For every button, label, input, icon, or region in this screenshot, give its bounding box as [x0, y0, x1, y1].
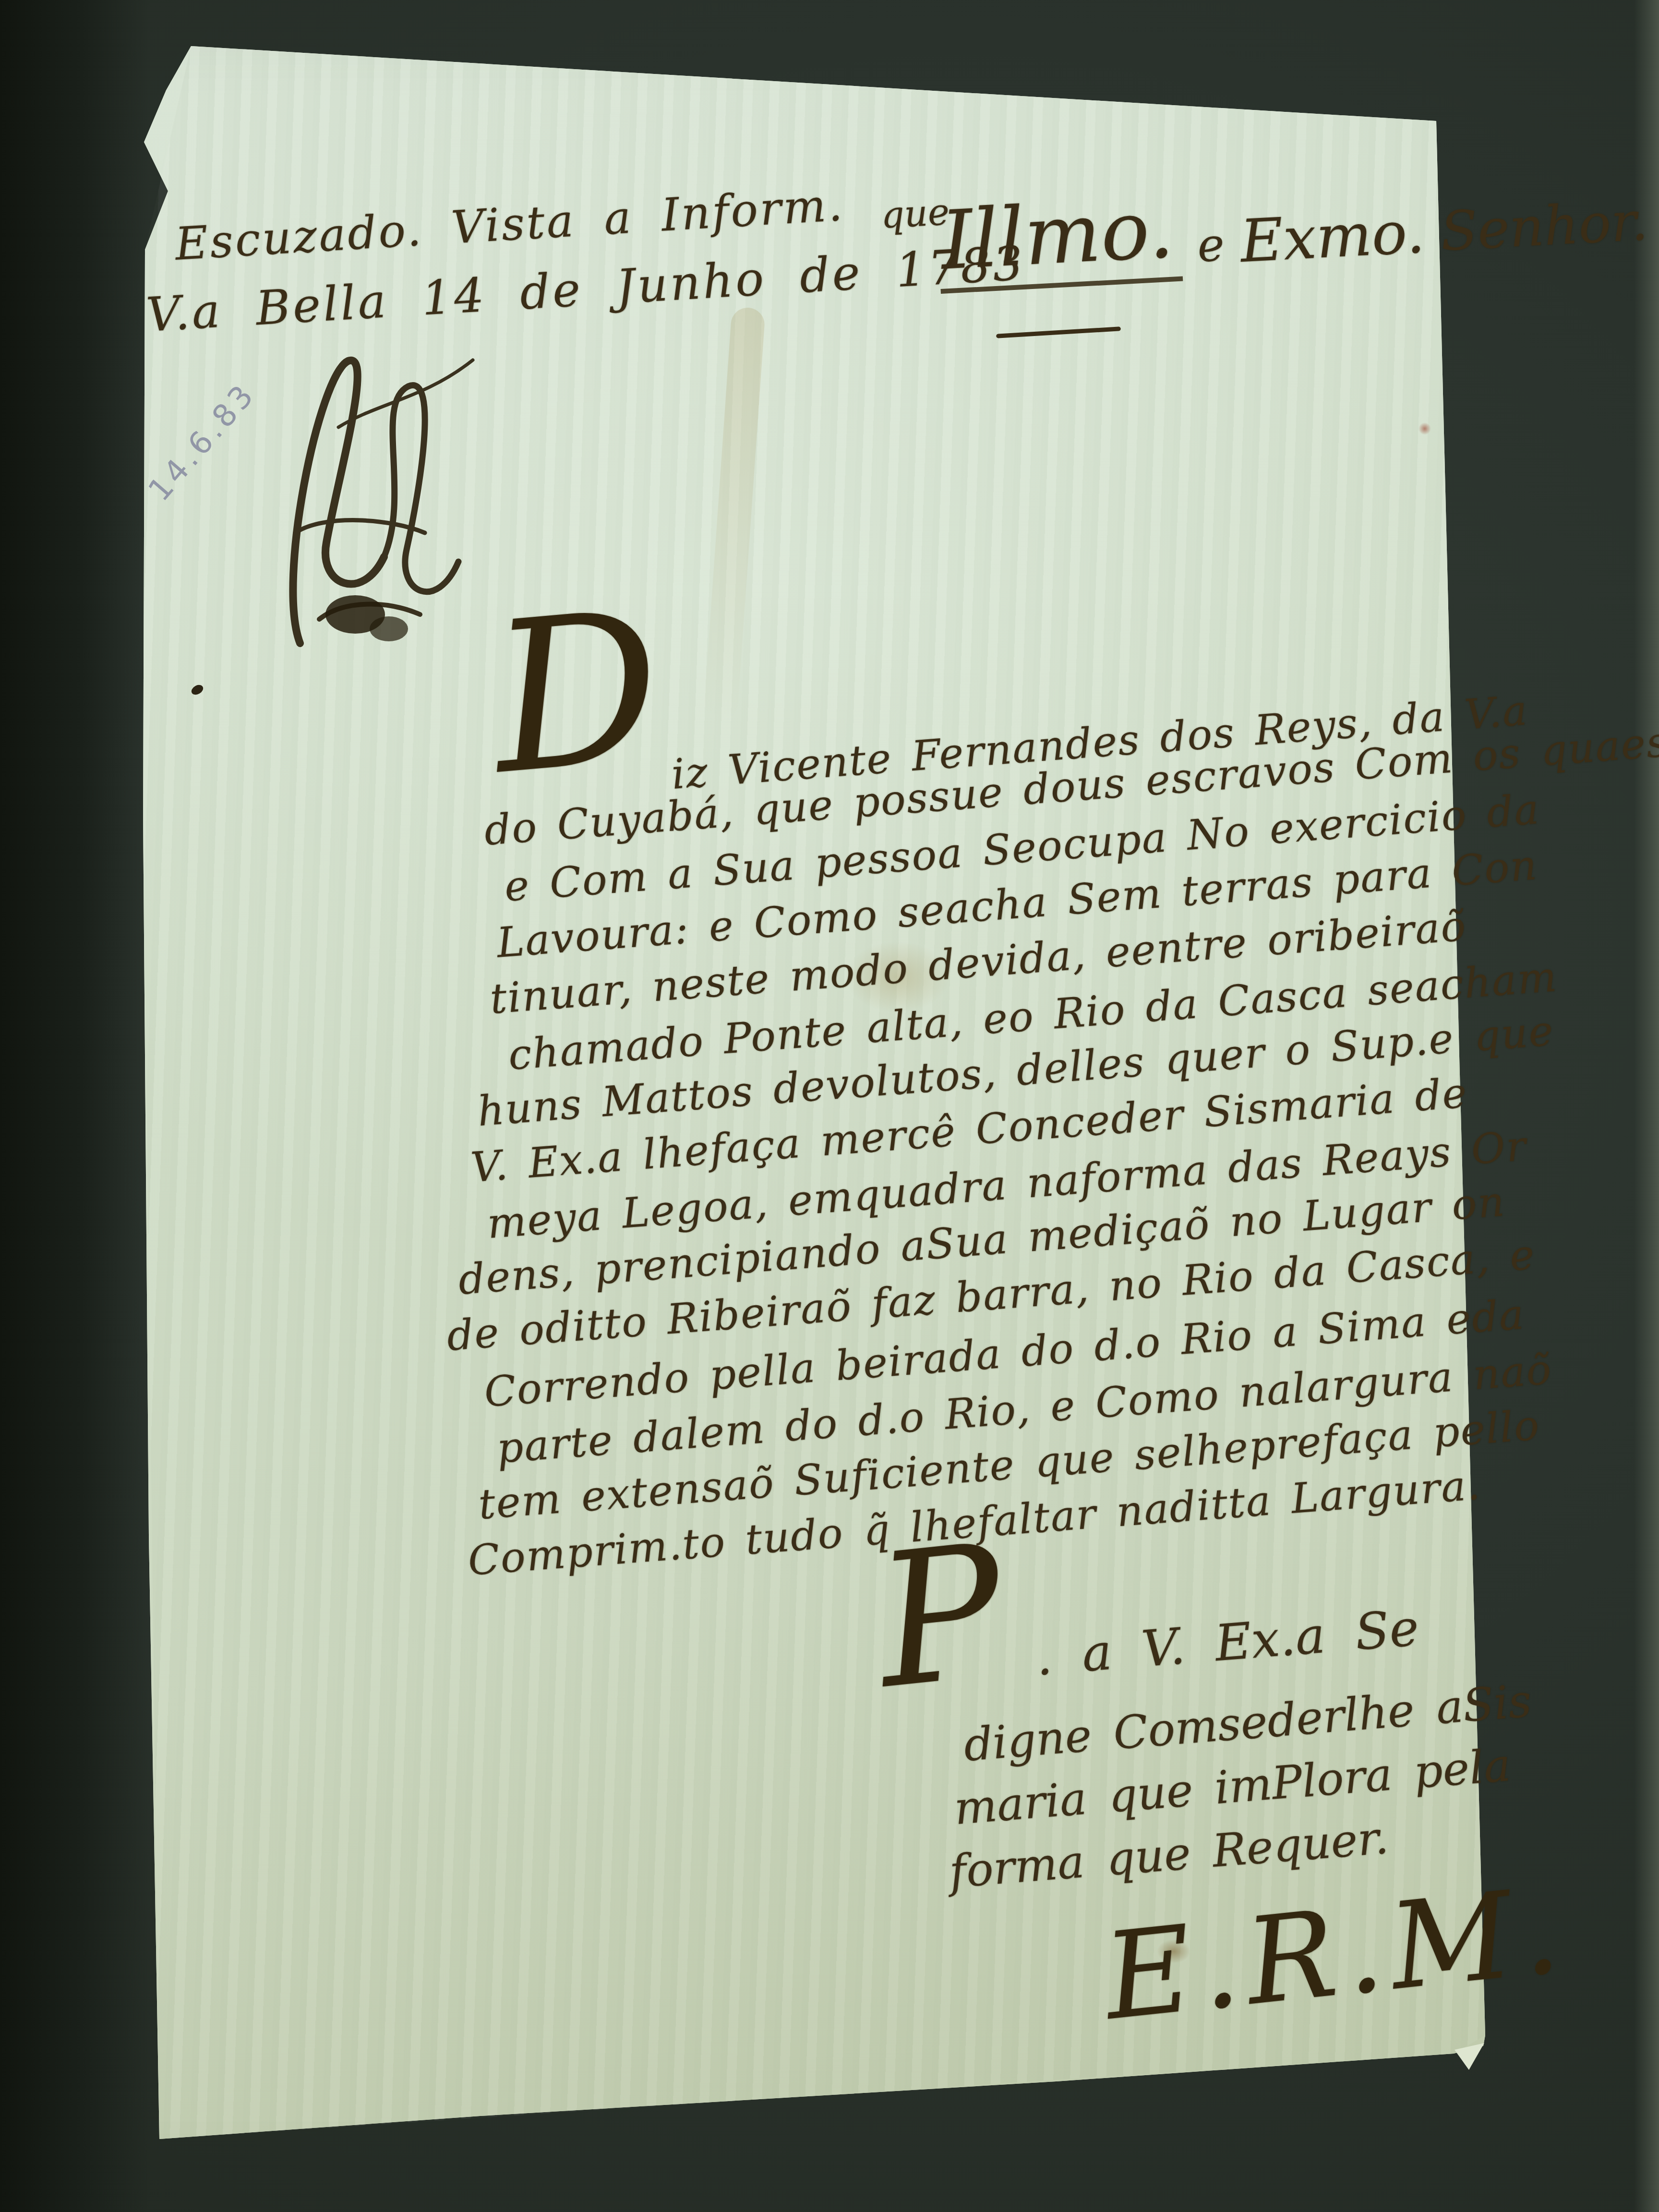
- book-gutter-shadow: [0, 0, 149, 2212]
- governor-rubric-flourish: [266, 331, 482, 658]
- salutation-conjunction: e: [1196, 211, 1226, 280]
- exmo-abbreviation: Exmo.: [1238, 195, 1426, 278]
- petition-drop-cap: P: [869, 1520, 1011, 1715]
- manuscript-scan: { "document": { "kind": "Handwritten Por…: [0, 0, 1659, 2212]
- book-fore-edge: [1634, 0, 1659, 2212]
- body-text: iz Vicente Fernandes dos Reys, da V.a do…: [451, 747, 1536, 1589]
- senhor-word: Senhor.: [1439, 187, 1650, 267]
